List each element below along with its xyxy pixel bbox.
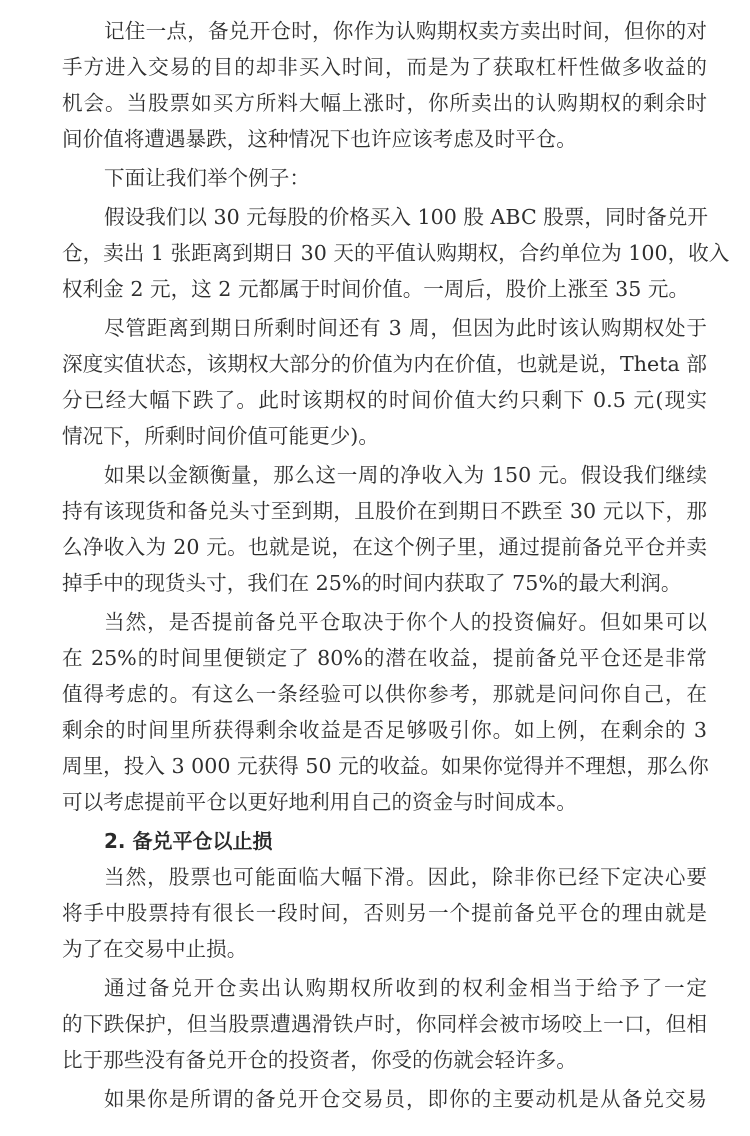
- paragraph-preference: 当然，是否提前备兑平仓取决于你个人的投资偏好。但如果可以 在 25%的时间里便锁…: [62, 604, 707, 820]
- document-page: 记住一点，备兑开仓时，你作为认购期权卖方卖出时间，但你的对 手方进入交易的目的却…: [62, 13, 707, 1120]
- paragraph-intro: 记住一点，备兑开仓时，你作为认购期权卖方卖出时间，但你的对 手方进入交易的目的却…: [62, 13, 707, 157]
- text-line: 机会。当股票如买方所料大幅上涨时，你所卖出的认购期权的剩余时: [62, 85, 707, 121]
- text-line: 如果以金额衡量，那么这一周的净收入为 150 元。假设我们继续: [62, 457, 707, 493]
- paragraph-trader: 如果你是所谓的备兑开仓交易员，即你的主要动机是从备兑交易: [62, 1081, 707, 1117]
- text-line: 当然，是否提前备兑平仓取决于你个人的投资偏好。但如果可以: [62, 604, 707, 640]
- text-line: 为了在交易中止损。: [62, 931, 707, 967]
- paragraph-stop-loss: 当然，股票也可能面临大幅下滑。因此，除非你已经下定决心要 将手中股票持有很长一段…: [62, 859, 707, 967]
- text-line: 将手中股票持有很长一段时间，否则另一个提前备兑平仓的理由就是: [62, 895, 707, 931]
- text-line: 间价值将遭遇暴跌，这种情况下也许应该考虑及时平仓。: [62, 121, 707, 157]
- text-line: 周里，投入 3 000 元获得 50 元的收益。如果你觉得并不理想，那么你: [62, 748, 707, 784]
- text-line: 掉手中的现货头寸，我们在 25%的时间内获取了 75%的最大利润。: [62, 565, 707, 601]
- paragraph-net-income: 如果以金额衡量，那么这一周的净收入为 150 元。假设我们继续 持有该现货和备兑…: [62, 457, 707, 601]
- paragraph-example-intro: 下面让我们举个例子：: [62, 160, 707, 196]
- text-line: 深度实值状态，该期权大部分的价值为内在价值，也就是说，Theta 部: [62, 346, 707, 382]
- text-line: 么净收入为 20 元。也就是说，在这个例子里，通过提前备兑平仓并卖: [62, 529, 707, 565]
- section-heading: 2. 备兑平仓以止损: [62, 823, 707, 859]
- text-line: 如果你是所谓的备兑开仓交易员，即你的主要动机是从备兑交易: [62, 1081, 707, 1117]
- text-line: 可以考虑提前平仓以更好地利用自己的资金与时间成本。: [62, 784, 707, 820]
- paragraph-protection: 通过备兑开仓卖出认购期权所收到的权利金相当于给予了一定 的下跌保护，但当股票遭遇…: [62, 970, 707, 1078]
- text-line: 在 25%的时间里便锁定了 80%的潜在收益，提前备兑平仓还是非常: [62, 640, 707, 676]
- text-line: 假设我们以 30 元每股的价格买入 100 股 ABC 股票，同时备兑开: [62, 199, 707, 235]
- text-line: 当然，股票也可能面临大幅下滑。因此，除非你已经下定决心要: [62, 859, 707, 895]
- text-line: 比于那些没有备兑开仓的投资者，你受的伤就会轻许多。: [62, 1042, 707, 1078]
- text-line: 剩余的时间里所获得剩余收益是否足够吸引你。如上例，在剩余的 3: [62, 712, 707, 748]
- text-line: 记住一点，备兑开仓时，你作为认购期权卖方卖出时间，但你的对: [62, 13, 707, 49]
- text-line: 权利金 2 元，这 2 元都属于时间价值。一周后，股价上涨至 35 元。: [62, 271, 707, 307]
- text-line: 值得考虑的。有这么一条经验可以供你参考，那就是问问你自己，在: [62, 676, 707, 712]
- text-line: 情况下，所剩时间价值可能更少)。: [62, 418, 707, 454]
- text-line: 手方进入交易的目的却非买入时间，而是为了获取杠杆性做多收益的: [62, 49, 707, 85]
- text-line: 的下跌保护，但当股票遭遇滑铁卢时，你同样会被市场咬上一口，但相: [62, 1006, 707, 1042]
- text-line: 通过备兑开仓卖出认购期权所收到的权利金相当于给予了一定: [62, 970, 707, 1006]
- paragraph-theta: 尽管距离到期日所剩时间还有 3 周，但因为此时该认购期权处于 深度实值状态，该期…: [62, 310, 707, 454]
- text-line: 仓，卖出 1 张距离到期日 30 天的平值认购期权，合约单位为 100，收入: [62, 235, 707, 271]
- paragraph-example-setup: 假设我们以 30 元每股的价格买入 100 股 ABC 股票，同时备兑开 仓，卖…: [62, 199, 707, 307]
- text-line: 持有该现货和备兑头寸至到期，且股价在到期日不跌至 30 元以下，那: [62, 493, 707, 529]
- text-line: 分已经大幅下跌了。此时该期权的时间价值大约只剩下 0.5 元(现实: [62, 382, 707, 418]
- text-line: 尽管距离到期日所剩时间还有 3 周，但因为此时该认购期权处于: [62, 310, 707, 346]
- text-line: 下面让我们举个例子：: [62, 160, 707, 196]
